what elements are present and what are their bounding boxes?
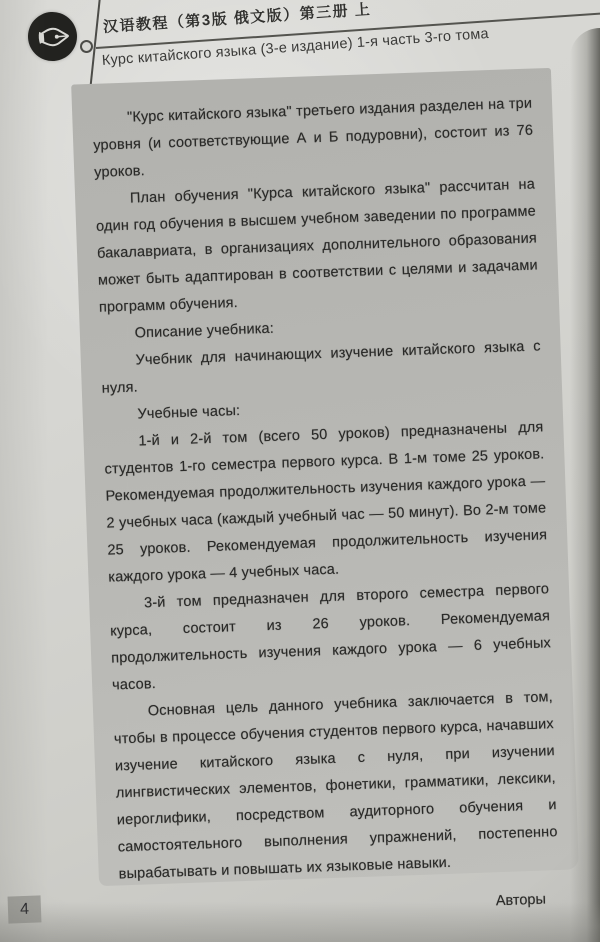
paragraph: Основная цель данного учебника заключает… xyxy=(113,684,559,888)
text-block: "Курс китайского языка" третьего издания… xyxy=(71,68,579,886)
paragraph: "Курс китайского языка" третьего издания… xyxy=(92,91,535,187)
page-bottom-edge-shadow xyxy=(0,902,600,942)
header-line-ring xyxy=(80,40,93,53)
page-right-edge-shadow xyxy=(570,28,600,942)
book-page-photo: 汉语教程（第3版 俄文版）第三册 上 Курс китайского языка… xyxy=(0,0,600,942)
pen-nib-icon xyxy=(33,17,71,55)
publisher-logo xyxy=(26,10,78,62)
paragraph: 1-й и 2-й том (всего 50 уроков) предназн… xyxy=(103,414,548,591)
paragraph: 3-й том предназначен для второго семестр… xyxy=(109,576,553,699)
paragraph: План обучения "Курса китайского языка" р… xyxy=(95,172,539,322)
